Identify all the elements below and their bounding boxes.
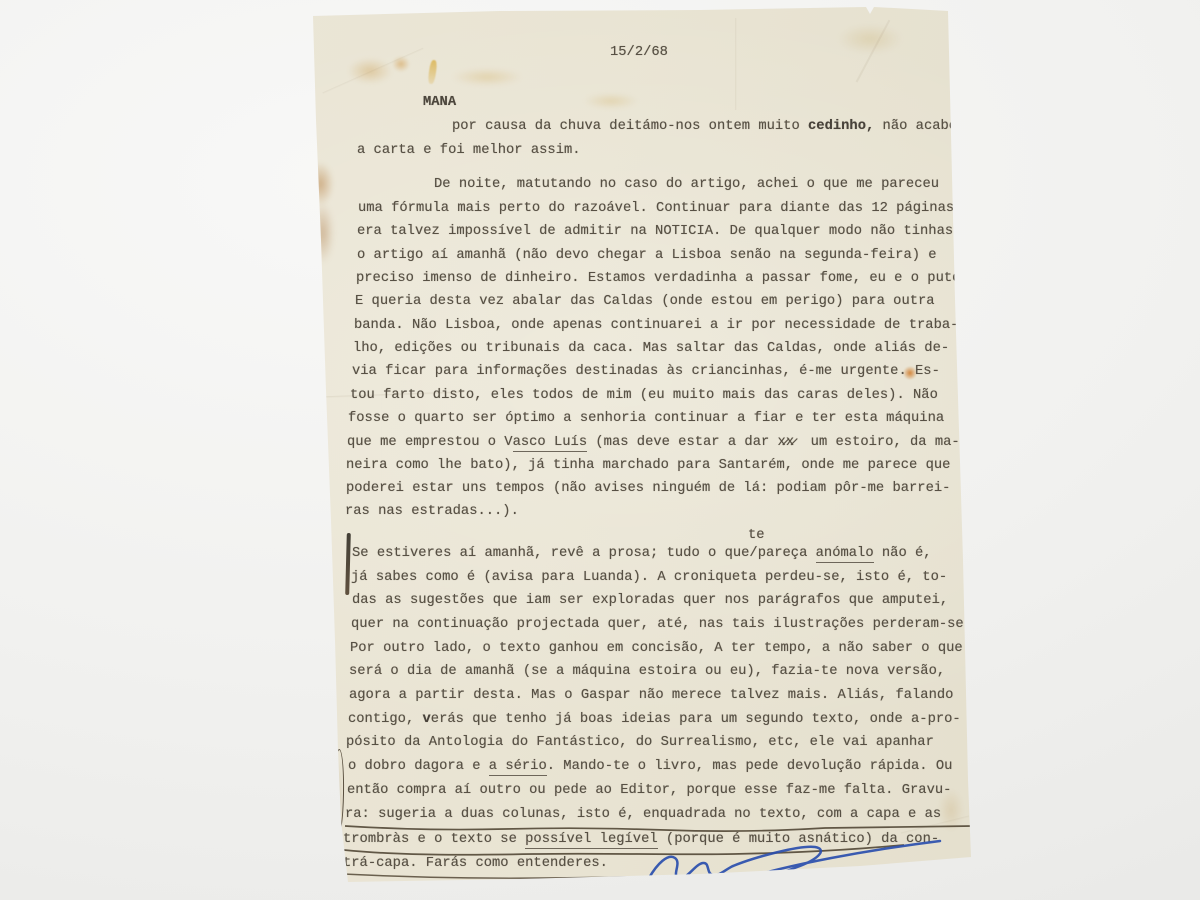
interline-insertion: te — [748, 527, 765, 544]
typewritten-line: a carta e foi melhor assim. — [357, 142, 581, 159]
rust-stain — [306, 162, 334, 206]
typewritten-line: o artigo aí amanhã (não devo chegar a Li… — [357, 247, 937, 264]
typewritten-line: ra: sugeria a duas colunas, isto é, enqu… — [345, 806, 941, 823]
yellow-stain — [584, 93, 638, 109]
yellow-stain — [452, 68, 522, 86]
typewritten-line: neira como lhe bato), já tinha marchado … — [346, 457, 950, 474]
typewritten-line: via ficar para informações destinadas às… — [352, 363, 940, 380]
typewritten-line: agora a partir desta. Mas o Gaspar não m… — [349, 687, 953, 704]
typewritten-line: uma fórmula mais perto do razoável. Cont… — [358, 200, 954, 217]
salutation: MANA — [423, 94, 456, 111]
typewritten-line: quer na continuação projectada quer, até… — [351, 616, 972, 633]
typewritten-line: Se estiveres aí amanhã, revê a prosa; tu… — [352, 545, 932, 562]
paper-crease — [735, 18, 737, 110]
typewritten-line: E queria desta vez abalar das Caldas (on… — [355, 293, 935, 310]
typewritten-line: preciso imenso de dinheiro. Estamos verd… — [356, 270, 969, 287]
photo-of-letter: 15/2/68 MANA te por causa da chuva deitá… — [0, 0, 1200, 900]
typewritten-line: já sabes como é (avisa para Luanda). A c… — [351, 569, 947, 586]
yellow-stain — [838, 24, 902, 54]
typewritten-line: por causa da chuva deitámo-nos ontem mui… — [452, 118, 965, 135]
typewritten-line: que me emprestou o Vasco Luís (mas deve … — [347, 434, 960, 451]
typewritten-line: lho, edições ou tribunais da caca. Mas s… — [353, 340, 949, 357]
typewritten-line: será o dia de amanhã (se a máquina estoi… — [349, 663, 945, 680]
typewritten-line: ras nas estradas...). — [345, 503, 519, 520]
typewritten-line: banda. Não Lisboa, onde apenas continuar… — [354, 317, 958, 334]
typewritten-line: contigo, verás que tenho já boas ideias … — [348, 711, 961, 728]
typewritten-line: trá-capa. Farás como entenderes. — [343, 855, 608, 872]
rust-stain — [310, 202, 334, 264]
typewritten-line: Por outro lado, o texto ganhou em concis… — [350, 640, 963, 657]
typewritten-line: poderei estar uns tempos (não avises nin… — [346, 480, 950, 497]
typewritten-line: o dobro dagora e a sério. Mando-te o liv… — [348, 758, 952, 775]
typewritten-line: das as sugestões que iam ser exploradas … — [352, 592, 948, 609]
typewritten-line: então compra aí outro ou pede ao Editor,… — [347, 782, 951, 799]
date: 15/2/68 — [610, 44, 668, 61]
typewritten-line: De noite, matutando no caso do artigo, a… — [434, 176, 939, 193]
typewritten-line: pósito da Antologia do Fantástico, do Su… — [346, 734, 934, 751]
typewritten-line: fosse o quarto ser óptimo a senhoria con… — [348, 410, 944, 427]
typewritten-line: trombràs e o texto se possível legível (… — [343, 831, 939, 848]
letter-paper: 15/2/68 MANA te por causa da chuva deitá… — [0, 0, 1200, 900]
typewritten-line: tou farto disto, eles todos de mim (eu m… — [350, 387, 938, 404]
typewritten-line: era talvez impossível de admitir na NOTI… — [357, 223, 953, 240]
